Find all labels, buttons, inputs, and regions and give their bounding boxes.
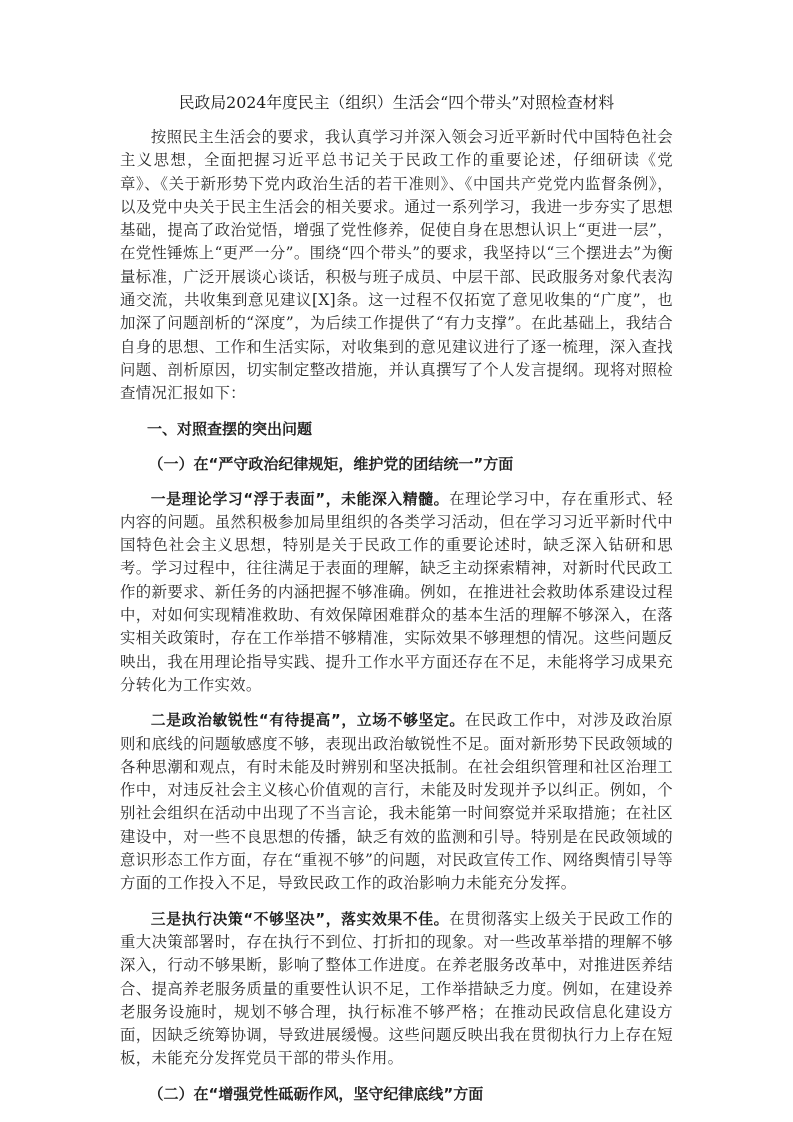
- issue-body-3: 在贯彻落实上级关于民政工作的重大决策部署时，存在执行不到位、打折扣的现象。对一些…: [120, 910, 673, 1068]
- issue-paragraph-3: 三是执行决策“不够坚决”，落实效果不佳。在贯彻落实上级关于民政工作的重大决策部署…: [120, 908, 673, 1071]
- issue-lead-2: 二是政治敏锐性“有待提高”，立场不够坚定。: [151, 712, 465, 729]
- issue-paragraph-2: 二是政治敏锐性“有待提高”，立场不够坚定。在民政工作中，对涉及政治原则和底线的问…: [120, 709, 673, 895]
- issue-body-2: 在民政工作中，对涉及政治原则和底线的问题敏感度不够，表现出政治敏锐性不足。面对新…: [120, 711, 673, 892]
- document-title: 民政局2024年度民主（组织）生活会“四个带头”对照检查材料: [120, 92, 673, 114]
- issue-body-1: 在理论学习中，存在重形式、轻内容的问题。虽然积极参加局里组织的各类学习活动，但在…: [120, 490, 673, 694]
- issue-lead-3: 三是执行决策“不够坚决”，落实效果不佳。: [151, 911, 449, 928]
- intro-paragraph: 按照民主生活会的要求，我认真学习并深入领会习近平新时代中国特色社会主义思想，全面…: [120, 126, 673, 406]
- issue-lead-1: 一是理论学习“浮于表面”，未能深入精髓。: [151, 491, 449, 508]
- issue-paragraph-1: 一是理论学习“浮于表面”，未能深入精髓。在理论学习中，存在重形式、轻内容的问题。…: [120, 488, 673, 698]
- subsection-heading-1: （一）在“严守政治纪律规矩，维护党的团结统一”方面: [120, 453, 673, 476]
- document-page: 民政局2024年度民主（组织）生活会“四个带头”对照检查材料 按照民主生活会的要…: [120, 92, 673, 1106]
- subsection-heading-2: （二）在“增强党性砥砺作风，坚守纪律底线”方面: [120, 1083, 673, 1106]
- section-heading-1: 一、对照查摆的突出问题: [120, 418, 673, 441]
